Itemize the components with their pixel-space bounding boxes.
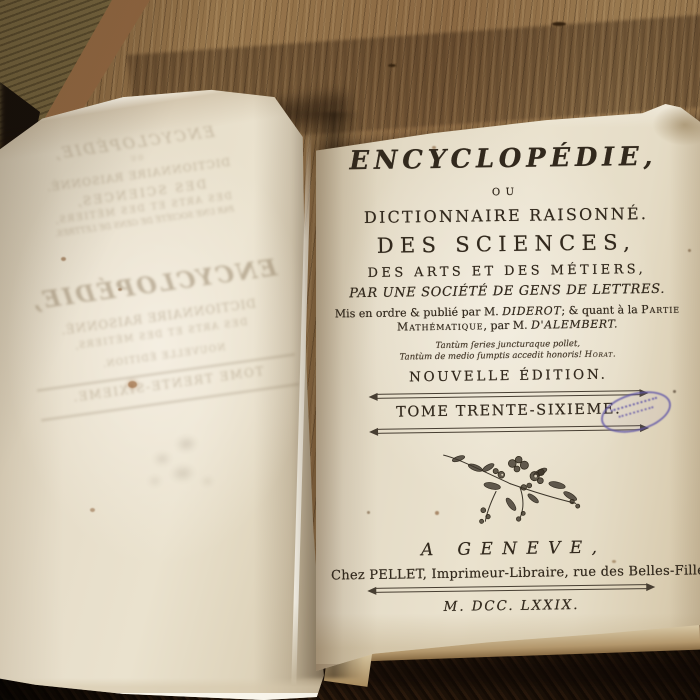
ghost-edition: NOUVELLE ÉDITION.	[0, 328, 330, 384]
foxing-spot	[435, 511, 439, 515]
double-rule-with-arrows	[375, 584, 647, 593]
title-ou: OU	[328, 185, 684, 201]
edition-line: NOUVELLE ÉDITION.	[330, 366, 686, 387]
floral-ornament-engraving	[430, 444, 589, 534]
ghost-dictionnaire-2: DICTIONNAIRE RAISONNÉ.	[0, 287, 324, 347]
imprint-date: M. DCC. LXXIX.	[333, 595, 689, 616]
wood-knot	[552, 22, 566, 26]
title-dictionnaire: DICTIONNAIRE RAISONNÉ.	[328, 204, 684, 228]
editors-dalembert: D'ALEMBERT.	[531, 317, 618, 331]
ghost-tome: TOME TRENTE-SIXIEME.	[1, 354, 334, 414]
ghost-ou: OU	[0, 132, 302, 185]
double-rule-with-arrows	[377, 425, 641, 434]
title-sciences: DES SCIENCES,	[328, 230, 684, 259]
ghost-sciences: DES SCIENCES,	[0, 163, 307, 223]
ghost-arts: DES ARTS ET DES MÉTIERS,	[0, 181, 309, 237]
foxing-spot	[128, 381, 137, 388]
foxing-spot	[90, 508, 95, 512]
imprint-place: A GENEVE,	[339, 536, 689, 561]
wood-knot	[388, 64, 396, 67]
foxing-spot	[61, 257, 66, 261]
right-page-title-page: ENCYCLOPÉDIE, OU DICTIONNAIRE RAISONNÉ. …	[316, 96, 700, 671]
imprint-publisher: Chez PELLET, Imprimeur-Libraire, rue des…	[331, 563, 689, 583]
title-societe: PAR UNE SOCIÉTÉ DE GENS DE LETTRES.	[329, 282, 685, 302]
editors-mid: ; & quant à la	[561, 303, 641, 317]
ghost-rule	[41, 383, 299, 421]
book-title: ENCYCLOPÉDIE,	[323, 142, 683, 177]
foxing-spot	[612, 560, 616, 563]
photo-open-book-on-table: ENCYCLOPÉDIE, OU DICTIONNAIRE RAISONNÉ. …	[0, 0, 700, 700]
foxing-spot	[688, 249, 691, 252]
epigraph-horat: Horat.	[585, 349, 617, 359]
ghost-ornament	[108, 410, 250, 522]
ghost-dictionnaire: DICTIONNAIRE RAISONNÉ.	[0, 145, 304, 204]
ghost-rule	[37, 353, 295, 391]
ghost-title-large: ENCYCLOPÉDIE,	[0, 248, 321, 321]
foxing-spot	[367, 511, 370, 514]
ink-speck	[673, 390, 676, 393]
editors-mid2: , par M.	[483, 319, 531, 333]
editors-partie: Partie	[641, 303, 680, 317]
foxing-spot	[118, 288, 122, 291]
editors-diderot: DIDEROT	[502, 304, 561, 318]
editors-mathematique: Mathématique	[397, 319, 484, 333]
stamp-text-line	[611, 397, 657, 412]
ghost-title: ENCYCLOPÉDIE,	[0, 111, 300, 175]
ghost-societe: PAR UNE SOCIÉTÉ DE GENS DE LETTRES.	[0, 194, 311, 249]
title-page-text: ENCYCLOPÉDIE, OU DICTIONNAIRE RAISONNÉ. …	[326, 94, 689, 617]
double-rule-with-arrows	[377, 390, 641, 399]
editors-pre: Mis en ordre & publié par M.	[335, 305, 502, 320]
ghost-arts-2: DES ARTS ET DES MÉTIERS,	[0, 307, 327, 363]
foxing-spot	[432, 146, 436, 149]
title-arts-metiers: DES ARTS ET DES MÉTIERS,	[329, 262, 685, 282]
epigraph-text: Tantùm de medio ſumptis accedit honoris!	[400, 350, 585, 363]
